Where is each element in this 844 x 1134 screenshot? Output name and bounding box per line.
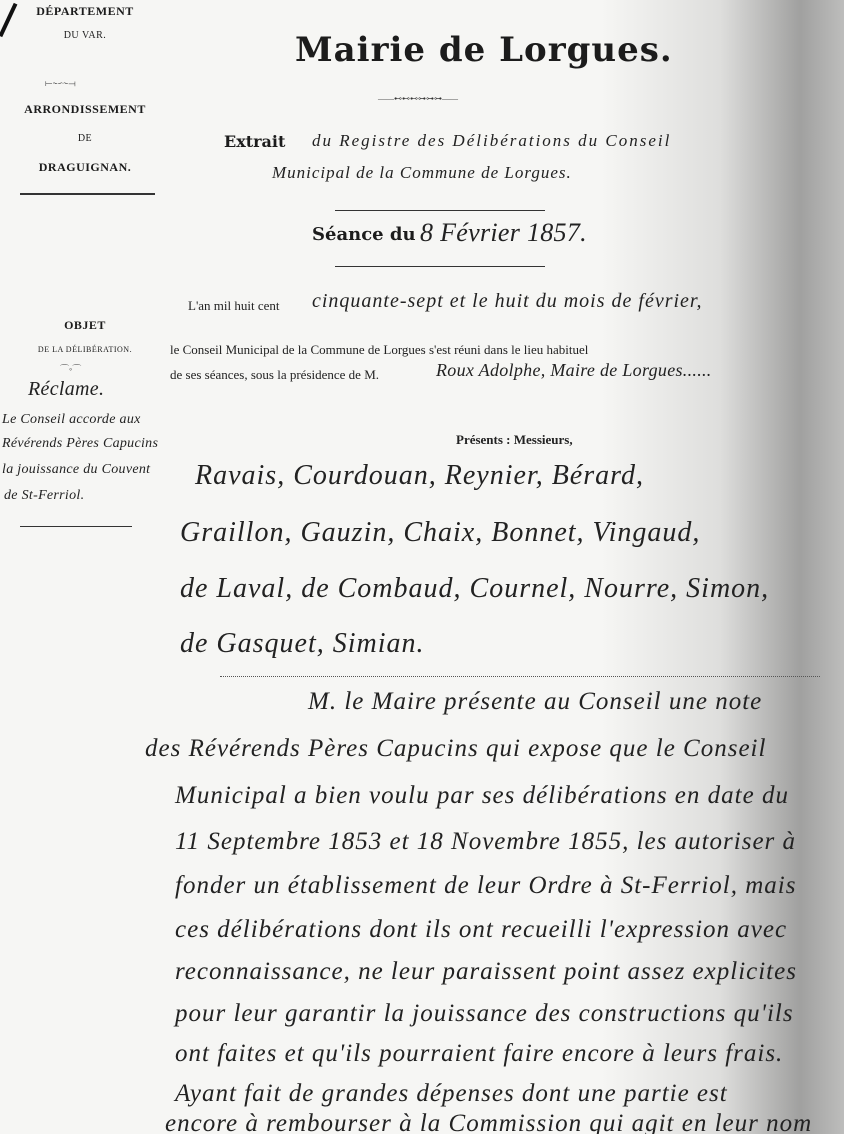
preamble-line3-printed: de ses séances, sous la présidence de M. xyxy=(170,367,379,383)
preamble-line1-hand: cinquante-sept et le huit du mois de fév… xyxy=(312,290,702,313)
document-page: DÉPARTEMENT DU VAR. ⟝∼∽∼⟞ ARRONDISSEMENT… xyxy=(0,0,844,1134)
document-title: Mairie de Lorgues. xyxy=(295,30,673,70)
presents-line-2: Graillon, Gauzin, Chaix, Bonnet, Vingaud… xyxy=(180,517,700,549)
title-ornament: ——⊷⊷⊷⊶⊶⊶—— xyxy=(378,94,458,103)
body-line-4: 11 Septembre 1853 et 18 Novembre 1855, l… xyxy=(175,828,796,856)
body-line-6: ces délibérations dont ils ont recueilli… xyxy=(175,916,787,944)
extract-line-1: du Registre des Délibérations du Conseil xyxy=(312,131,671,151)
seance-bottom-rule xyxy=(335,266,545,267)
presents-line-4: de Gasquet, Simian. xyxy=(180,628,425,660)
department-name: DU VAR. xyxy=(10,30,160,41)
objet-rule xyxy=(20,526,132,527)
preamble-line3-hand: Roux Adolphe, Maire de Lorgues...... xyxy=(436,360,712,381)
body-line-5: fonder un établissement de leur Ordre à … xyxy=(175,872,796,900)
body-line-11: encore à rembourser à la Commission qui … xyxy=(165,1110,812,1134)
preamble-line2-printed: le Conseil Municipal de la Commune de Lo… xyxy=(170,342,588,358)
objet-note-line-2: Le Conseil accorde aux xyxy=(2,412,141,428)
objet-note-line-1: Réclame. xyxy=(28,378,104,401)
presents-line-1: Ravais, Courdouan, Reynier, Bérard, xyxy=(195,460,644,492)
preamble-line1-printed: L'an mil huit cent xyxy=(188,298,280,314)
body-line-7: reconnaissance, ne leur paraissent point… xyxy=(175,958,797,986)
arrondissement-de: DE xyxy=(10,133,160,144)
seance-date: 8 Février 1857. xyxy=(420,218,587,248)
department-label: DÉPARTEMENT xyxy=(10,4,160,19)
arrondissement-name: DRAGUIGNAN. xyxy=(10,160,160,175)
seance-label: Séance du xyxy=(312,224,416,245)
body-line-2: des Révérends Pères Capucins qui expose … xyxy=(145,735,766,763)
body-line-8: pour leur garantir la jouissance des con… xyxy=(175,1000,794,1028)
left-header-rule xyxy=(20,193,155,195)
left-ornament-divider: ⟝∼∽∼⟞ xyxy=(45,78,76,89)
objet-sub: DE LA DÉLIBÉRATION. xyxy=(10,345,160,354)
body-line-9: ont faites et qu'ils pourraient faire en… xyxy=(175,1040,783,1068)
arrondissement-label: ARRONDISSEMENT xyxy=(10,102,160,117)
body-line-3: Municipal a bien voulu par ses délibérat… xyxy=(175,782,789,810)
extract-word: Extrait xyxy=(224,132,285,151)
objet-ornament: ⌒◦⌒ xyxy=(60,362,81,375)
objet-label: OBJET xyxy=(10,318,160,333)
objet-note-line-3: Révérends Pères Capucins xyxy=(2,436,158,452)
presents-dotted-rule xyxy=(220,676,820,678)
extract-line-2: Municipal de la Commune de Lorgues. xyxy=(272,163,572,183)
objet-note-line-5: de St-Ferriol. xyxy=(4,488,84,504)
body-line-1: M. le Maire présente au Conseil une note xyxy=(308,688,762,716)
presents-label: Présents : Messieurs, xyxy=(456,432,573,448)
seance-top-rule xyxy=(335,210,545,211)
objet-note-line-4: la jouissance du Couvent xyxy=(2,462,150,478)
presents-line-3: de Laval, de Combaud, Cournel, Nourre, S… xyxy=(180,573,769,605)
body-line-10: Ayant fait de grandes dépenses dont une … xyxy=(175,1080,728,1108)
